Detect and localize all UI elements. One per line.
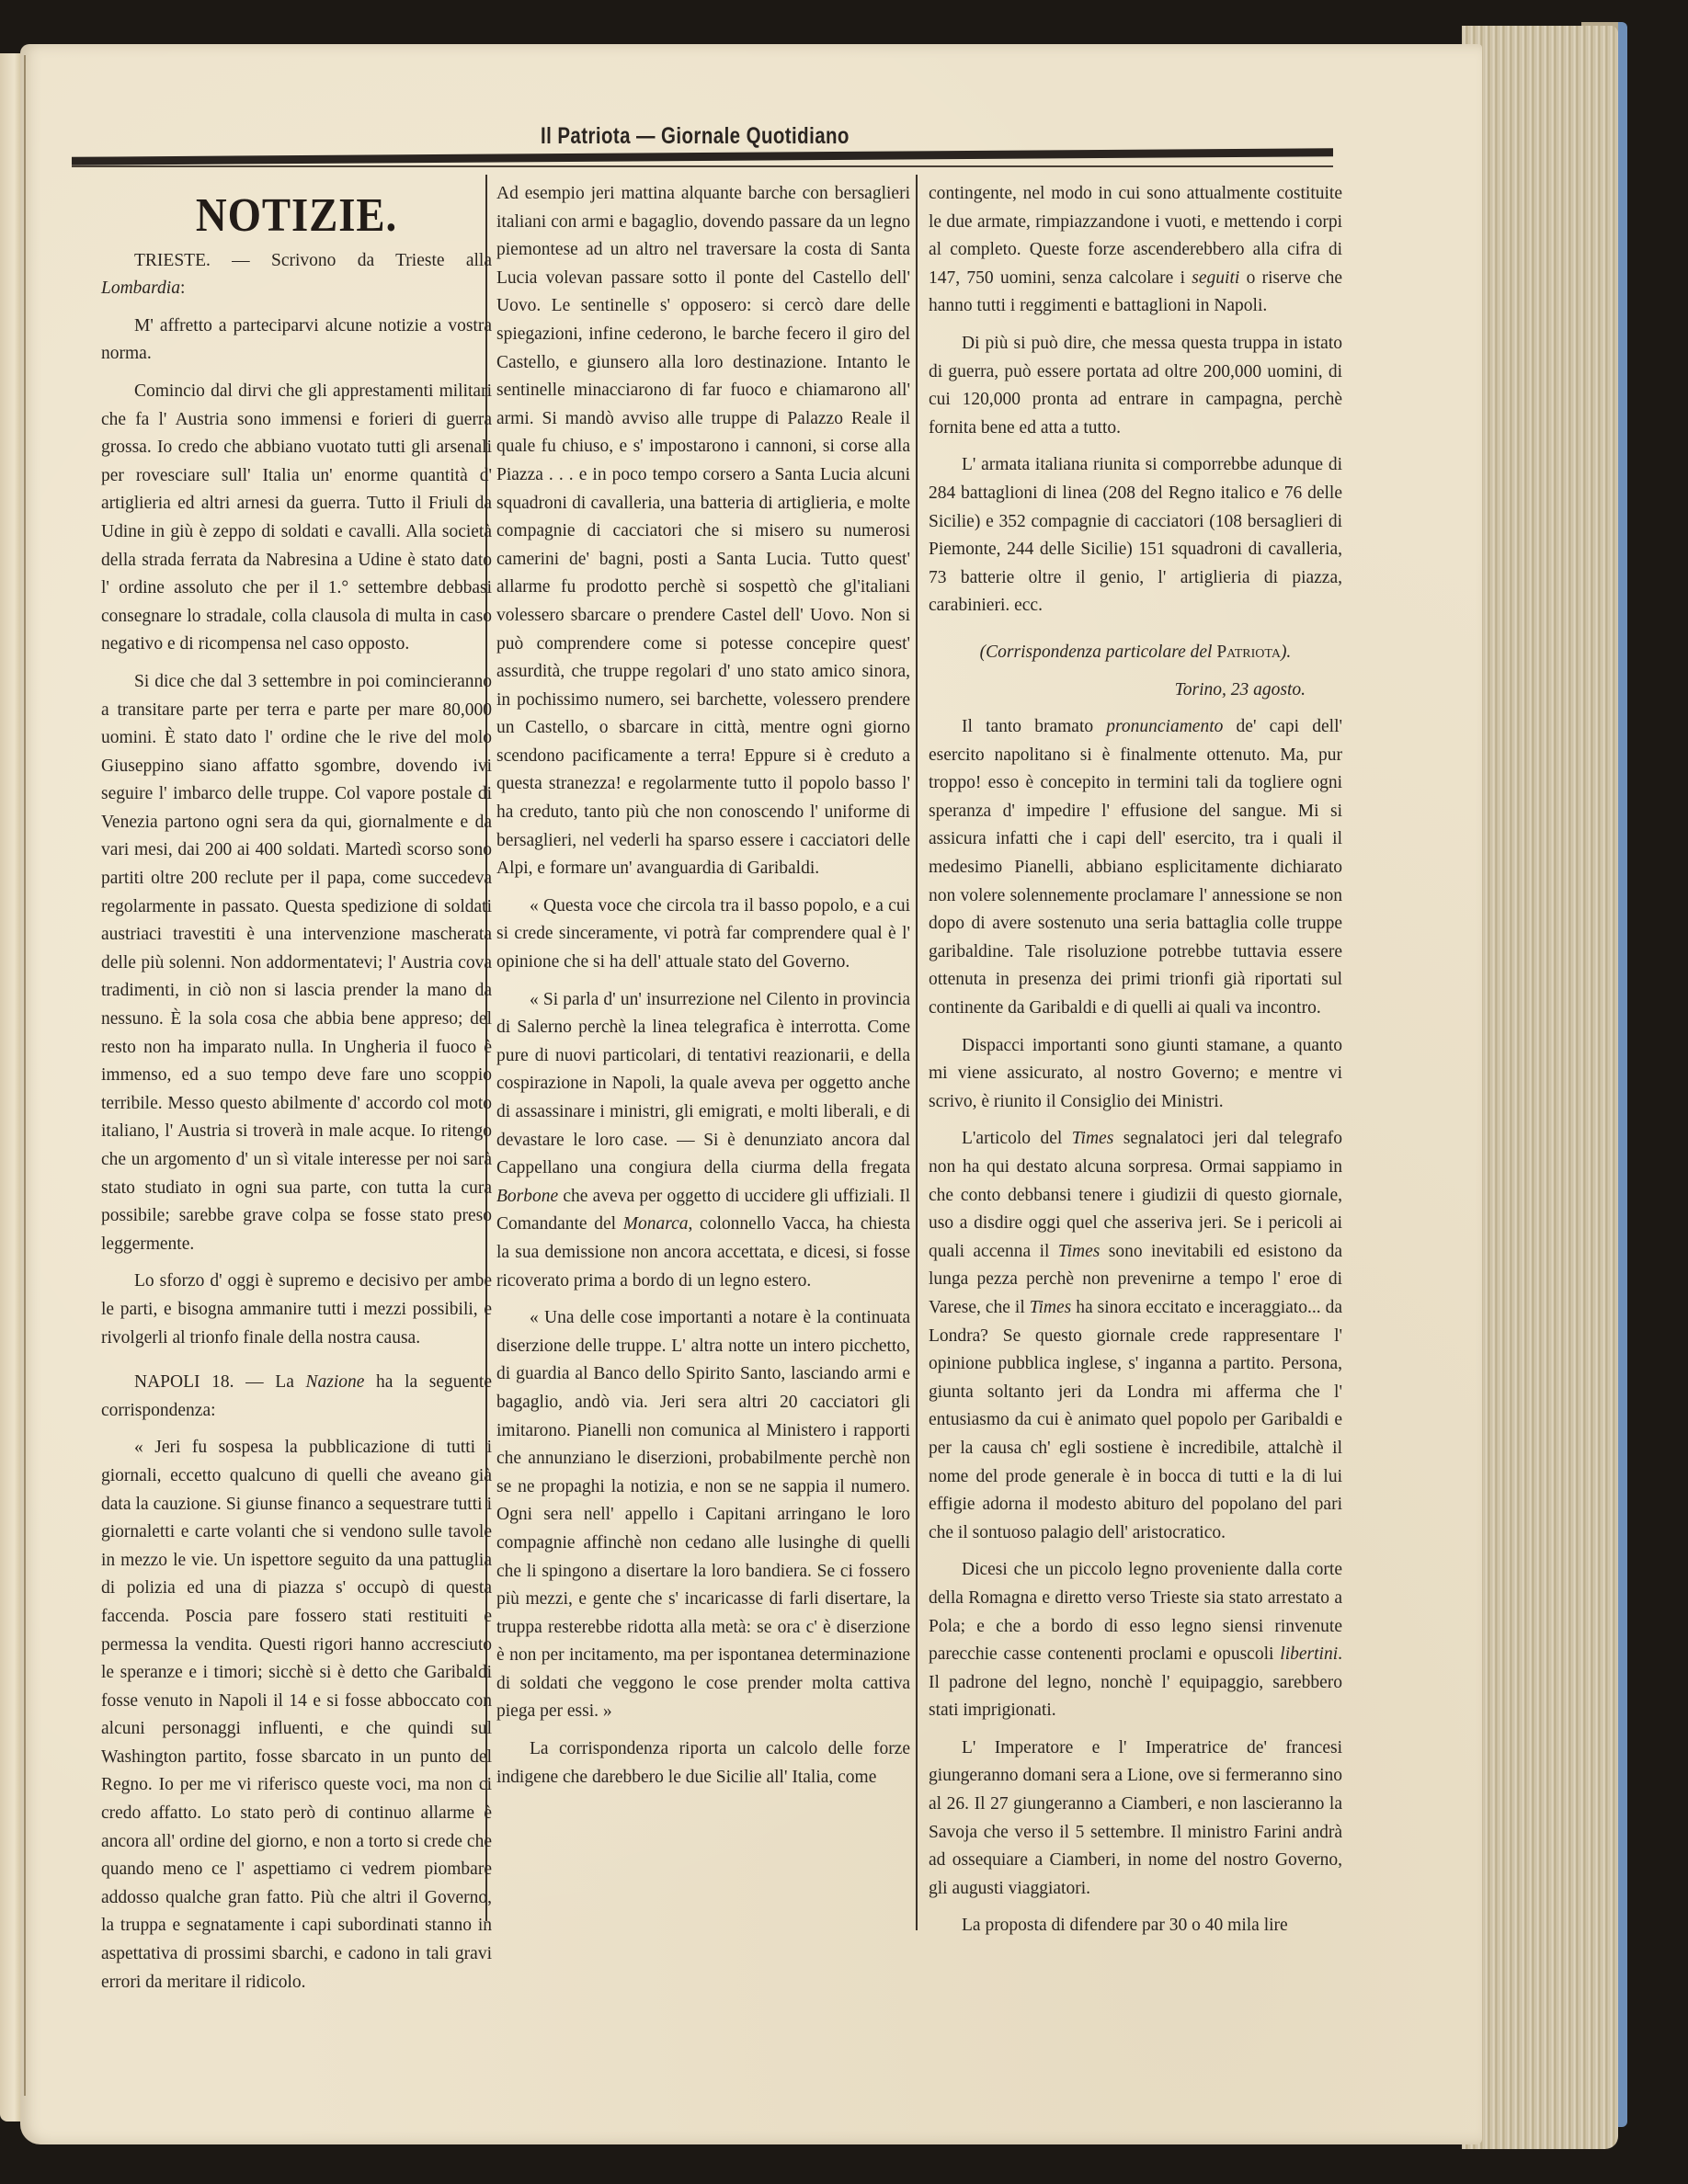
- paragraph: M' affretto a parteciparvi alcune notizi…: [101, 313, 492, 369]
- paragraph: La proposta di difendere par 30 o 40 mil…: [929, 1912, 1342, 1940]
- paragraph: Ad esempio jeri mattina alquante barche …: [496, 180, 910, 883]
- paragraph: « Si parla d' un' insurrezione nel Cilen…: [496, 986, 910, 1296]
- paragraph: Lo sforzo d' oggi è supremo e decisivo p…: [101, 1268, 492, 1352]
- dateline: Torino, 23 agosto.: [929, 677, 1306, 705]
- paragraph: contingente, nel modo in cui sono attual…: [929, 180, 1342, 321]
- paragraph: « Questa voce che circola tra il basso p…: [496, 893, 910, 977]
- column-rule: [916, 175, 918, 1930]
- paragraph: Dicesi che un piccolo legno proveniente …: [929, 1556, 1342, 1725]
- column-2: Ad esempio jeri mattina alquante barche …: [496, 180, 910, 1801]
- section-title: NOTIZIE.: [120, 202, 473, 231]
- paragraph: L' Imperatore e l' Imperatrice de' franc…: [929, 1735, 1342, 1904]
- paragraph: L' armata italiana riunita si comporrebb…: [929, 451, 1342, 620]
- dateline: TRIESTE. —: [134, 251, 250, 270]
- trieste-intro: TRIESTE. — Scrivono da Trieste alla Lomb…: [101, 247, 492, 303]
- paragraph: La corrispondenza riporta un calcolo del…: [496, 1735, 910, 1792]
- source-name: Nazione: [305, 1372, 364, 1392]
- source-name: Lombardia: [101, 279, 180, 298]
- correspondence-credit: (Corrispondenza particolare del Patriota…: [929, 639, 1342, 667]
- paragraph: « Una delle cose importanti a notare è l…: [496, 1304, 910, 1726]
- dateline: NAPOLI 18. —: [134, 1372, 264, 1392]
- paragraph: Di più si può dire, che messa questa tru…: [929, 330, 1342, 442]
- gutter-fold: [24, 55, 26, 2096]
- paragraph: Dispacci importanti sono giunti stamane,…: [929, 1032, 1342, 1117]
- paragraph: Si dice che dal 3 settembre in poi comin…: [101, 668, 492, 1258]
- paragraph: « Jeri fu sospesa la pubblicazione di tu…: [101, 1434, 492, 1996]
- paragraph: L'articolo del Times segnalatoci jeri da…: [929, 1125, 1342, 1547]
- page-block-edges: [1462, 26, 1618, 2149]
- header-rule-thin: [72, 165, 1333, 167]
- column-3: contingente, nel modo in cui sono attual…: [929, 180, 1342, 1950]
- newspaper-name: Patriota: [1216, 643, 1281, 662]
- running-head: Il Patriota — Giornale Quotidiano: [541, 123, 850, 150]
- napoli-intro: NAPOLI 18. — La Nazione ha la seguente c…: [101, 1369, 492, 1425]
- ship-name: Borbone: [496, 1187, 558, 1206]
- paragraph: Il tanto bramato pronunciamento de' capi…: [929, 713, 1342, 1023]
- column-1: NOTIZIE. TRIESTE. — Scrivono da Trieste …: [101, 175, 492, 2006]
- ship-name: Monarca: [623, 1214, 689, 1234]
- paragraph: Comincio dal dirvi che gli apprestamenti…: [101, 378, 492, 659]
